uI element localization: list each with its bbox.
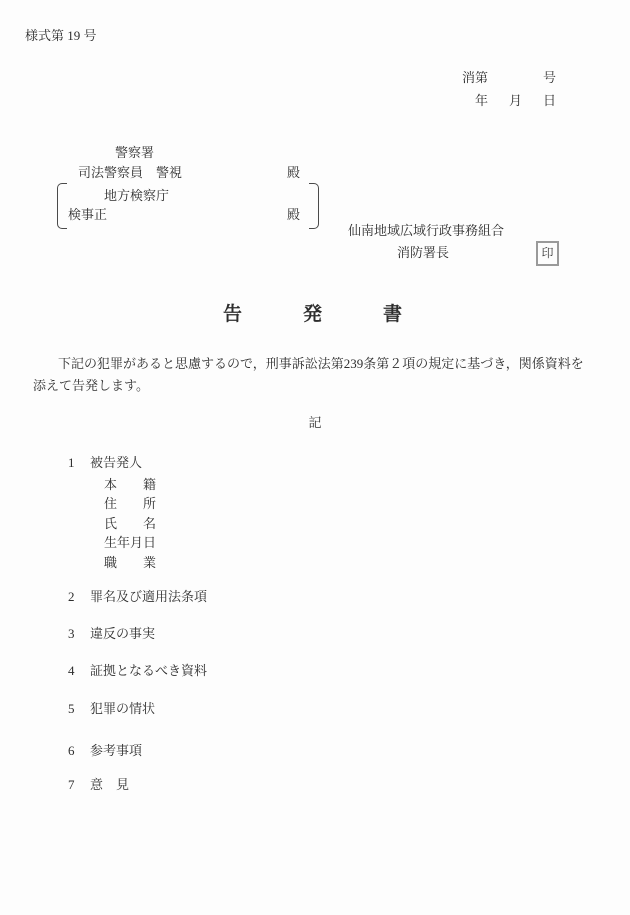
item-label: 参考事項 [90,744,142,759]
date-row: 年 月 日 [475,94,556,109]
item-label: 罪名及び適用法条項 [90,590,207,605]
document-number-row: 消第 号 [462,71,556,86]
seal-placeholder-box: 印 [536,241,559,266]
item-number: 3 [68,627,90,642]
body-paragraph-line-1: 下記の犯罪があると思慮するので，刑事訴訟法第239条第２項の規定に基づき，関係資… [58,357,584,372]
item-number: 4 [68,664,90,679]
list-item-2: 2 罪名及び適用法条項 [68,590,207,605]
list-item-7: 7 意 見 [68,778,129,793]
date-month-label: 月 [509,94,522,109]
item-label: 違反の事実 [90,627,155,642]
item-number: 5 [68,702,90,717]
date-year-label: 年 [475,94,488,109]
list-item-6: 6 参考事項 [68,744,142,759]
item-label: 被告発人 [90,456,142,471]
right-bracket-decoration [309,183,319,229]
list-item-5: 5 犯罪の情状 [68,702,155,717]
item-label: 犯罪の情状 [90,702,155,717]
sub-item-registered-domicile: 本 籍 [104,478,156,493]
sender-organization: 仙南地域広域行政事務組合 [348,224,504,239]
addressee-district-prosecutors-office: 地方検察庁 [104,189,169,204]
doc-number-suffix: 号 [543,71,556,86]
honorific-tono-2: 殿 [287,208,300,223]
accusation-form-page: 様式第 19 号 消第 号 年 月 日 警察署 司法警察員 警視 殿 地方検察庁… [0,0,630,915]
addressee-judicial-police-officer: 司法警察員 警視 [78,166,182,181]
item-label: 証拠となるべき資料 [90,664,207,679]
sub-item-date-of-birth: 生年月日 [104,536,156,551]
document-title: 告発書 [223,304,463,326]
sub-item-occupation: 職 業 [104,556,156,571]
item-number: 6 [68,744,90,759]
list-heading-ki: 記 [0,416,630,431]
sender-position-title: 消防署長 [397,246,449,261]
addressee-chief-prosecutor: 検事正 [68,208,107,223]
body-paragraph-line-2: 添えて告発します。 [33,379,149,394]
doc-number-prefix: 消第 [462,71,488,86]
item-label: 意 見 [90,778,129,793]
left-bracket-decoration [57,183,67,229]
honorific-tono-1: 殿 [287,166,300,181]
sub-item-address: 住 所 [104,497,156,512]
list-item-4: 4 証拠となるべき資料 [68,664,207,679]
item-number: 1 [68,456,90,471]
addressee-police-station: 警察署 [115,146,154,161]
item-number: 7 [68,778,90,793]
sub-item-name: 氏 名 [104,517,156,532]
list-item-1: 1 被告発人 [68,456,142,471]
item-number: 2 [68,590,90,605]
form-number-label: 様式第 19 号 [25,29,97,44]
list-item-3: 3 違反の事実 [68,627,155,642]
date-day-label: 日 [543,94,556,109]
